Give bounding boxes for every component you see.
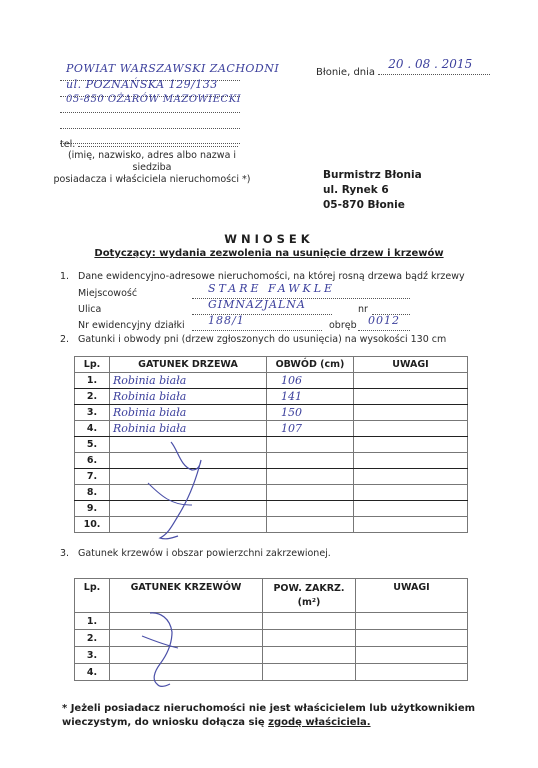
applicant-caption-line-1: (imię, nazwisko, adres albo nazwa i sied… bbox=[52, 150, 252, 174]
circumference-cell[interactable]: 141 bbox=[267, 389, 354, 405]
notes-cell[interactable] bbox=[354, 421, 468, 437]
applicant-line-2-value: ul. POZNAŃSKA 129/133 bbox=[66, 78, 218, 91]
locality-value: STARE FAWKLE bbox=[208, 282, 335, 295]
parcel-label: Nr ewidencyjny działki bbox=[78, 320, 185, 331]
precinct-label: obręb bbox=[329, 320, 357, 331]
tree-row: 4.Robinia biała107 bbox=[75, 421, 468, 437]
section-2-heading: Gatunki i obwody pni (drzew zgłoszonych … bbox=[78, 334, 446, 345]
number-label: nr bbox=[358, 304, 368, 315]
tree-species-value: Robinia biała bbox=[113, 390, 186, 403]
circumference-cell[interactable] bbox=[267, 437, 354, 453]
street-label: Ulica bbox=[78, 304, 101, 315]
notes-cell[interactable] bbox=[356, 613, 468, 630]
shrub-row: 3. bbox=[75, 647, 468, 664]
tree-species-cell[interactable] bbox=[110, 485, 267, 501]
col-area: POW. ZAKRZ. (m²) bbox=[263, 579, 356, 613]
tree-species-cell[interactable] bbox=[110, 437, 267, 453]
row-number: 2. bbox=[75, 389, 110, 405]
notes-cell[interactable] bbox=[354, 501, 468, 517]
tree-species-cell[interactable]: Robinia biała bbox=[110, 373, 267, 389]
circumference-cell[interactable] bbox=[267, 517, 354, 533]
shrubs-table-header: Lp. GATUNEK KRZEWÓW POW. ZAKRZ. (m²) UWA… bbox=[75, 579, 468, 613]
tel-row: tel. bbox=[60, 137, 240, 150]
col-circumference: OBWÓD (cm) bbox=[267, 357, 354, 373]
parcel-field[interactable]: 188/1 bbox=[192, 319, 322, 331]
circumference-cell[interactable]: 150 bbox=[267, 405, 354, 421]
tree-row: 5. bbox=[75, 437, 468, 453]
notes-cell[interactable] bbox=[354, 437, 468, 453]
tel-field[interactable] bbox=[78, 137, 238, 147]
area-cell[interactable] bbox=[263, 630, 356, 647]
circumference-cell[interactable] bbox=[267, 453, 354, 469]
tree-row: 7. bbox=[75, 469, 468, 485]
document-subtitle: Dotyczący: wydania zezwolenia na usunięc… bbox=[0, 248, 538, 259]
applicant-line-3[interactable]: 05-850 OŻARÓW MAZOWIECKI bbox=[60, 100, 240, 113]
tree-species-cell[interactable] bbox=[110, 501, 267, 517]
recipient-block: Burmistrz Błonia ul. Rynek 6 05-870 Błon… bbox=[323, 168, 422, 213]
tree-row: 2.Robinia biała141 bbox=[75, 389, 468, 405]
row-number: 1. bbox=[75, 613, 110, 630]
col-area-label: POW. ZAKRZ. bbox=[266, 582, 352, 596]
precinct-value: 0012 bbox=[368, 314, 400, 327]
tree-species-cell[interactable] bbox=[110, 453, 267, 469]
date-field[interactable]: 20 . 08 . 2015 bbox=[378, 63, 490, 75]
trees-table: Lp. GATUNEK DRZEWA OBWÓD (cm) UWAGI 1.Ro… bbox=[74, 356, 468, 533]
place-date-label: Błonie, dnia bbox=[316, 67, 375, 78]
row-number: 2. bbox=[75, 630, 110, 647]
tree-species-cell[interactable] bbox=[110, 469, 267, 485]
circumference-cell[interactable] bbox=[267, 485, 354, 501]
circumference-cell[interactable] bbox=[267, 501, 354, 517]
footnote: * Jeżeli posiadacz nieruchomości nie jes… bbox=[62, 702, 482, 730]
row-number: 3. bbox=[75, 405, 110, 421]
tree-row: 8. bbox=[75, 485, 468, 501]
section-3-heading: Gatunek krzewów i obszar powierzchni zak… bbox=[78, 548, 331, 559]
col-lp: Lp. bbox=[75, 357, 110, 373]
circumference-cell[interactable]: 106 bbox=[267, 373, 354, 389]
applicant-line-3-value: 05-850 OŻARÓW MAZOWIECKI bbox=[66, 94, 241, 105]
section-1-heading: Dane ewidencyjno-adresowe nieruchomości,… bbox=[78, 271, 465, 282]
shrub-species-cell[interactable] bbox=[110, 647, 263, 664]
row-number: 7. bbox=[75, 469, 110, 485]
col-notes: UWAGI bbox=[356, 579, 468, 613]
notes-cell[interactable] bbox=[354, 485, 468, 501]
area-cell[interactable] bbox=[263, 613, 356, 630]
row-number: 3. bbox=[75, 647, 110, 664]
date-value: 20 . 08 . 2015 bbox=[388, 57, 472, 71]
tree-species-cell[interactable]: Robinia biała bbox=[110, 421, 267, 437]
recipient-street: ul. Rynek 6 bbox=[323, 183, 422, 198]
circumference-value: 106 bbox=[281, 374, 302, 387]
circumference-cell[interactable] bbox=[267, 469, 354, 485]
col-area-unit: (m²) bbox=[266, 596, 352, 610]
shrub-row: 4. bbox=[75, 664, 468, 681]
row-number: 9. bbox=[75, 501, 110, 517]
notes-cell[interactable] bbox=[354, 405, 468, 421]
area-cell[interactable] bbox=[263, 664, 356, 681]
circumference-cell[interactable]: 107 bbox=[267, 421, 354, 437]
shrub-row: 1. bbox=[75, 613, 468, 630]
street-value: GIMNAZJALNA bbox=[208, 298, 306, 311]
circumference-value: 141 bbox=[281, 390, 302, 403]
applicant-line-4[interactable] bbox=[60, 116, 240, 129]
circumference-value: 107 bbox=[281, 422, 302, 435]
tree-row: 9. bbox=[75, 501, 468, 517]
row-number: 10. bbox=[75, 517, 110, 533]
tree-row: 3.Robinia biała150 bbox=[75, 405, 468, 421]
applicant-caption-line-2: posiadacza i właściciela nieruchomości *… bbox=[52, 174, 252, 186]
section-2-number: 2. bbox=[60, 334, 69, 345]
section-1-number: 1. bbox=[60, 271, 69, 282]
shrubs-table: Lp. GATUNEK KRZEWÓW POW. ZAKRZ. (m²) UWA… bbox=[74, 578, 468, 681]
precinct-field[interactable]: 0012 bbox=[358, 319, 410, 331]
trees-table-header: Lp. GATUNEK DRZEWA OBWÓD (cm) UWAGI bbox=[75, 357, 468, 373]
applicant-caption: (imię, nazwisko, adres albo nazwa i sied… bbox=[52, 150, 252, 186]
tree-species-value: Robinia biała bbox=[113, 406, 186, 419]
footnote-underlined: zgodę właściciela. bbox=[268, 717, 370, 728]
tree-species-cell[interactable]: Robinia biała bbox=[110, 405, 267, 421]
notes-cell[interactable] bbox=[356, 630, 468, 647]
notes-cell[interactable] bbox=[354, 373, 468, 389]
row-number: 1. bbox=[75, 373, 110, 389]
row-number: 6. bbox=[75, 453, 110, 469]
place-date: Błonie, dnia 20 . 08 . 2015 bbox=[316, 63, 490, 78]
tree-row: 10. bbox=[75, 517, 468, 533]
col-notes: UWAGI bbox=[354, 357, 468, 373]
parcel-value: 188/1 bbox=[208, 314, 245, 327]
shrub-species-cell[interactable] bbox=[110, 613, 263, 630]
shrub-row: 2. bbox=[75, 630, 468, 647]
tree-row: 1.Robinia biała106 bbox=[75, 373, 468, 389]
locality-label: Miejscowość bbox=[78, 288, 137, 299]
shrub-species-cell[interactable] bbox=[110, 664, 263, 681]
applicant-line-1-value: POWIAT WARSZAWSKI ZACHODNI bbox=[66, 62, 279, 75]
shrub-species-cell[interactable] bbox=[110, 630, 263, 647]
notes-cell[interactable] bbox=[354, 453, 468, 469]
tree-species-cell[interactable]: Robinia biała bbox=[110, 389, 267, 405]
row-number: 4. bbox=[75, 421, 110, 437]
area-cell[interactable] bbox=[263, 647, 356, 664]
recipient-name: Burmistrz Błonia bbox=[323, 168, 422, 183]
tree-species-value: Robinia biała bbox=[113, 422, 186, 435]
notes-cell[interactable] bbox=[354, 389, 468, 405]
recipient-city: 05-870 Błonie bbox=[323, 198, 422, 213]
document-title: WNIOSEK bbox=[0, 232, 538, 246]
col-tree-species: GATUNEK DRZEWA bbox=[110, 357, 267, 373]
row-number: 8. bbox=[75, 485, 110, 501]
circumference-value: 150 bbox=[281, 406, 302, 419]
notes-cell[interactable] bbox=[354, 469, 468, 485]
col-lp: Lp. bbox=[75, 579, 110, 613]
row-number: 5. bbox=[75, 437, 110, 453]
tree-row: 6. bbox=[75, 453, 468, 469]
notes-cell[interactable] bbox=[354, 517, 468, 533]
tel-label: tel. bbox=[60, 139, 75, 150]
notes-cell[interactable] bbox=[356, 664, 468, 681]
col-shrub-species: GATUNEK KRZEWÓW bbox=[110, 579, 263, 613]
tree-species-value: Robinia biała bbox=[113, 374, 186, 387]
tree-species-cell[interactable] bbox=[110, 517, 267, 533]
section-3-number: 3. bbox=[60, 548, 69, 559]
row-number: 4. bbox=[75, 664, 110, 681]
notes-cell[interactable] bbox=[356, 647, 468, 664]
